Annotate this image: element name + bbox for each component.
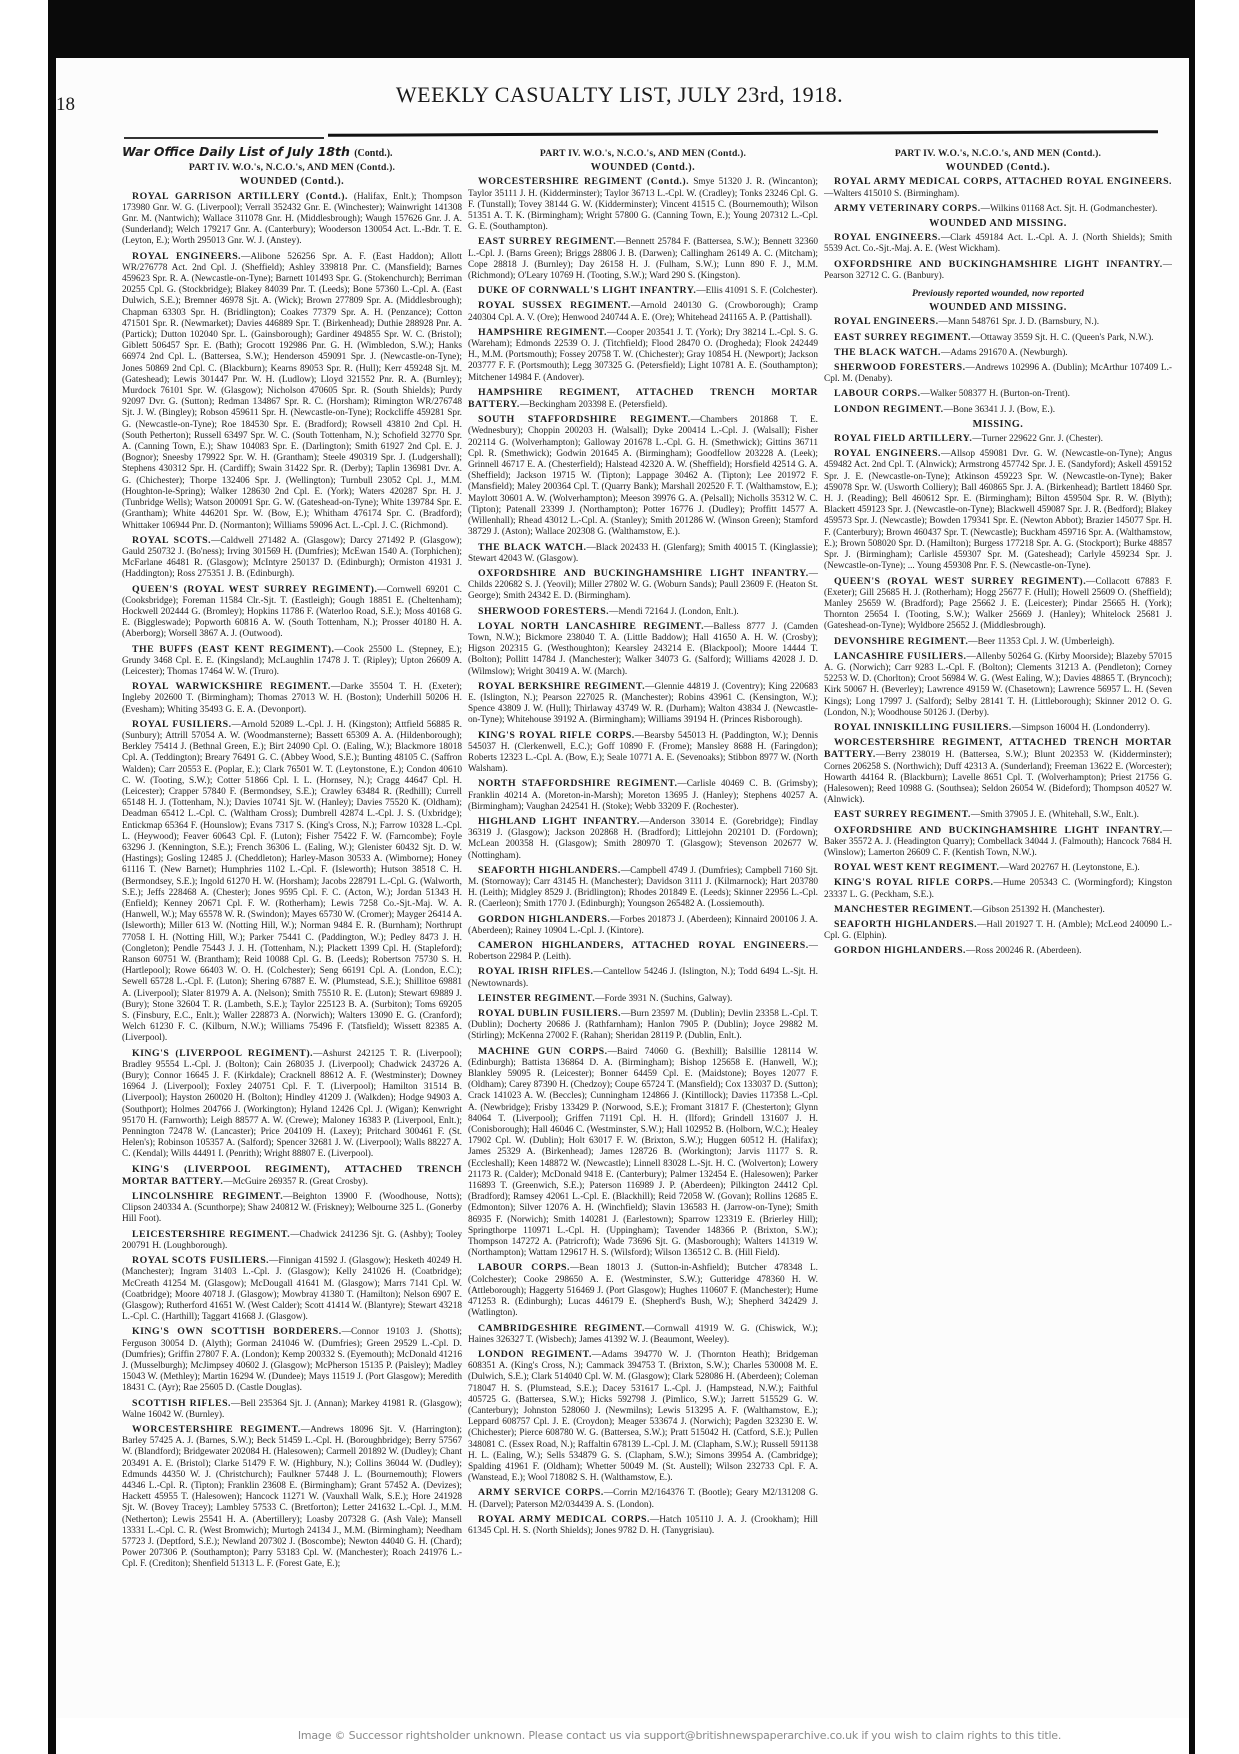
regiment-name: HAMPSHIRE REGIMENT. [478, 327, 607, 338]
regiment-name: ROYAL FUSILIERS. [132, 719, 232, 730]
regiment-name: HIGHLAND LIGHT INFANTRY. [478, 816, 640, 827]
casualty-names: —Ross 200246 R. (Aberdeen). [966, 946, 1081, 956]
casualty-entry: MANCHESTER REGIMENT.—Gibson 251392 H. (M… [824, 904, 1172, 916]
casualty-entry: ROYAL ENGINEERS.—Allsop 459081 Dvr. G. W… [824, 448, 1172, 572]
regiment-name: EAST SURREY REGIMENT. [478, 236, 616, 247]
entry-list: ROYAL FIELD ARTILLERY.—Turner 229622 Gnr… [824, 433, 1172, 958]
casualty-entry: EAST SURREY REGIMENT.—Ottaway 3559 Sjt. … [824, 332, 1172, 344]
daily-list-heading: War Office Daily List of July 18th (Cont… [122, 146, 462, 159]
casualty-entry: LINCOLNSHIRE REGIMENT.—Beighton 13900 F.… [122, 1191, 462, 1226]
casualty-entry: SEAFORTH HIGHLANDERS.—Campbell 4749 J. (… [468, 865, 818, 911]
casualty-entry: ROYAL IRISH RIFLES.—Cantellow 54246 J. (… [468, 966, 818, 989]
scan-border-left [48, 0, 56, 1754]
regiment-name: LOYAL NORTH LANCASHIRE REGIMENT. [478, 621, 704, 632]
casualty-entry: SHERWOOD FORESTERS.—Mendi 72164 J. (Lond… [468, 606, 818, 618]
regiment-name: SCOTTISH RIFLES. [132, 1398, 231, 1409]
regiment-name: LEICESTERSHIRE REGIMENT. [132, 1229, 290, 1240]
regiment-name: LABOUR CORPS. [478, 1262, 570, 1273]
scan-border-right [1189, 0, 1195, 1754]
regiment-name: LANCASHIRE FUSILIERS. [834, 651, 967, 662]
casualty-entry: ROYAL GARRISON ARTILLERY (Contd.). (Hali… [122, 191, 462, 248]
casualty-entry: THE BLACK WATCH.—Black 202433 H. (Glenfa… [468, 542, 818, 565]
casualty-entry: KING'S OWN SCOTTISH BORDERERS.—Connor 19… [122, 1326, 462, 1394]
casualty-names: —McGuire 269357 R. (Great Crosby). [223, 1177, 368, 1187]
regiment-name: THE BLACK WATCH. [834, 347, 941, 358]
regiment-name: DEVONSHIRE REGIMENT. [834, 636, 968, 647]
regiment-name: ROYAL INNISKILLING FUSILIERS. [834, 722, 1012, 733]
casualty-names: —Turner 229622 Gnr. J. (Chester). [972, 434, 1103, 444]
regiment-name: EAST SURREY REGIMENT. [834, 809, 971, 820]
regiment-name: ROYAL ENGINEERS. [834, 316, 939, 327]
regiment-name: ARMY SERVICE CORPS. [478, 1487, 604, 1498]
regiment-name: NORTH STAFFORDSHIRE REGIMENT. [478, 778, 677, 789]
regiment-name: LABOUR CORPS. [834, 388, 921, 399]
regiment-name: QUEEN'S (ROYAL WEST SURREY REGIMENT). [132, 584, 377, 595]
section-heading-missing: MISSING. [824, 419, 1172, 430]
casualty-entry: ROYAL FIELD ARTILLERY.—Turner 229622 Gnr… [824, 433, 1172, 445]
casualty-entry: QUEEN'S (ROYAL WEST SURREY REGIMENT).—Co… [824, 576, 1172, 633]
casualty-entry: OXFORDSHIRE AND BUCKINGHAMSHIRE LIGHT IN… [824, 825, 1172, 860]
regiment-name: ROYAL WARWICKSHIRE REGIMENT. [132, 681, 331, 692]
regiment-name: EAST SURREY REGIMENT. [834, 332, 971, 343]
casualty-entry: THE BLACK WATCH.—Adams 291670 A. (Newbur… [824, 347, 1172, 359]
regiment-name: ROYAL WEST KENT REGIMENT. [834, 862, 1000, 873]
casualty-names: —Beer 11353 Cpl. J. W. (Umberleigh). [968, 637, 1114, 647]
casualty-names: —Berry 238019 H. (Battersea, S.W.); Blun… [824, 750, 1172, 805]
casualty-entry: LONDON REGIMENT.—Bone 36341 J. J. (Bow, … [824, 404, 1172, 416]
column-2: PART IV. W.O.'s, N.C.O.'s, AND MEN (Cont… [468, 146, 818, 1540]
casualty-entry: ROYAL SCOTS FUSILIERS.—Finnigan 41592 J.… [122, 1255, 462, 1323]
regiment-name: QUEEN'S (ROYAL WEST SURREY REGIMENT). [834, 576, 1086, 587]
casualty-entry: OXFORDSHIRE AND BUCKINGHAMSHIRE LIGHT IN… [824, 259, 1172, 282]
casualty-entry: THE BUFFS (EAST KENT REGIMENT).—Cook 255… [122, 644, 462, 679]
daily-list-title: War Office Daily List of July 18th [122, 146, 350, 159]
regiment-name: ROYAL ARMY MEDICAL CORPS. [478, 1514, 650, 1525]
regiment-name: ARMY VETERINARY CORPS. [834, 203, 981, 214]
casualty-entry: NORTH STAFFORDSHIRE REGIMENT.—Carlisle 4… [468, 778, 818, 813]
section-heading-wounded: WOUNDED (Contd.). [824, 162, 1172, 173]
regiment-name: SOUTH STAFFORDSHIRE REGIMENT. [478, 414, 691, 425]
regiment-name: ROYAL ENGINEERS. [834, 448, 941, 459]
casualty-entry: ROYAL ENGINEERS.—Clark 459184 Act. L.-Cp… [824, 232, 1172, 255]
casualty-entry: MACHINE GUN CORPS.—Baird 74060 G. (Bexhi… [468, 1046, 818, 1260]
part-heading: PART IV. W.O.'s, N.C.O.'s, AND MEN (Cont… [824, 148, 1172, 159]
regiment-name: ROYAL SCOTS. [132, 535, 211, 546]
casualty-entry: DEVONSHIRE REGIMENT.—Beer 11353 Cpl. J. … [824, 636, 1172, 648]
regiment-name: GORDON HIGHLANDERS. [478, 914, 610, 925]
casualty-entry: SHERWOOD FORESTERS.—Andrews 102996 A. (D… [824, 362, 1172, 385]
casualty-entry: HIGHLAND LIGHT INFANTRY.—Anderson 33014 … [468, 816, 818, 862]
casualty-entry: DUKE OF CORNWALL'S LIGHT INFANTRY.—Ellis… [468, 285, 818, 297]
regiment-name: SHERWOOD FORESTERS. [478, 606, 609, 617]
part-heading: PART IV. W.O.'s, N.C.O.'s, AND MEN (Cont… [468, 148, 818, 159]
casualty-names: —Smith 37905 J. E. (Whitehall, S.W., Enl… [971, 810, 1139, 820]
entry-list: ROYAL ENGINEERS.—Mann 548761 Spr. J. D. … [824, 316, 1172, 415]
casualty-names: —Gibson 251392 H. (Manchester). [973, 905, 1105, 915]
casualty-names: —Adams 394770 W. J. (Thornton Heath); Br… [468, 1350, 818, 1483]
casualty-entry: ROYAL ENGINEERS.—Alibone 526256 Spr. A. … [122, 251, 462, 532]
casualty-entry: CAMBRIDGESHIRE REGIMENT.—Cornwall 41919 … [468, 1323, 818, 1346]
regiment-name: KING'S ROYAL RIFLE CORPS. [834, 877, 993, 888]
casualty-names: —Adams 291670 A. (Newburgh). [941, 348, 1068, 358]
casualty-entry: ROYAL DUBLIN FUSILIERS.—Burn 23597 M. (D… [468, 1008, 818, 1043]
regiment-name: LONDON REGIMENT. [478, 1349, 592, 1360]
casualty-entry: QUEEN'S (ROYAL WEST SURREY REGIMENT).—Co… [122, 584, 462, 641]
casualty-names: —Ellis 41091 S. F. (Colchester). [696, 286, 817, 296]
casualty-names: —Simpson 16004 H. (Londonderry). [1012, 723, 1150, 733]
regiment-name: WORCESTERSHIRE REGIMENT. [132, 1424, 301, 1435]
casualty-entry: ROYAL FUSILIERS.—Arnold 52089 L.-Cpl. J.… [122, 719, 462, 1045]
casualty-entry: SEAFORTH HIGHLANDERS.—Hall 201927 T. H. … [824, 919, 1172, 942]
regiment-name: ROYAL DUBLIN FUSILIERS. [478, 1008, 621, 1019]
regiment-name: CAMERON HIGHLANDERS, ATTACHED ROYAL ENGI… [478, 940, 809, 951]
casualty-names: —Alibone 526256 Spr. A. F. (East Haddon)… [122, 252, 462, 531]
section-heading-wounded: WOUNDED (Contd.). [468, 162, 818, 173]
daily-list-contd: (Contd.). [354, 148, 392, 159]
casualty-names: —Allsop 459081 Dvr. G. W. (Newcastle-on-… [824, 449, 1172, 571]
regiment-name: ROYAL IRISH RIFLES. [478, 966, 593, 977]
casualty-entry: WORCESTERSHIRE REGIMENT.—Andrews 18096 S… [122, 1424, 462, 1571]
casualty-names: —Ward 202767 H. (Leytonstone, E.). [1000, 863, 1140, 873]
part-heading: PART IV. W.O.'s, N.C.O.'s, AND MEN (Cont… [122, 162, 462, 173]
casualty-names: —Ashurst 242125 T. R. (Liverpool); Bradl… [122, 1049, 462, 1160]
regiment-name: GORDON HIGHLANDERS. [834, 945, 966, 956]
casualty-names: —Walters 415010 S. (Birmingham). [824, 189, 959, 199]
casualty-entry: SOUTH STAFFORDSHIRE REGIMENT.—Chambers 2… [468, 414, 818, 538]
regiment-name: CAMBRIDGESHIRE REGIMENT. [478, 1323, 645, 1334]
regiment-name: LEINSTER REGIMENT. [478, 993, 595, 1004]
entry-list: ROYAL GARRISON ARTILLERY (Contd.). (Hali… [122, 191, 462, 1571]
casualty-names: —Beckingham 203398 E. (Petersfield). [520, 400, 667, 410]
casualty-entry: GORDON HIGHLANDERS.—Ross 200246 R. (Aber… [824, 945, 1172, 957]
casualty-names: —Baird 74060 G. (Bexhill); Balsillie 128… [468, 1047, 818, 1259]
previously-reported-heading: Previously reported wounded, now reporte… [824, 288, 1172, 299]
casualty-entry: EAST SURREY REGIMENT.—Bennett 25784 F. (… [468, 236, 818, 282]
regiment-name: SEAFORTH HIGHLANDERS. [834, 919, 977, 930]
regiment-name: ROYAL ARMY MEDICAL CORPS, ATTACHED ROYAL… [834, 176, 1172, 187]
casualty-entry: LEICESTERSHIRE REGIMENT.—Chadwick 241236… [122, 1229, 462, 1252]
regiment-name: OXFORDSHIRE AND BUCKINGHAMSHIRE LIGHT IN… [478, 568, 809, 579]
regiment-name: KING'S OWN SCOTTISH BORDERERS. [132, 1326, 342, 1337]
casualty-entry: SCOTTISH RIFLES.—Bell 235364 Sjt. J. (An… [122, 1398, 462, 1421]
casualty-entry: CAMERON HIGHLANDERS, ATTACHED ROYAL ENGI… [468, 940, 818, 963]
scan-border-top [48, 0, 1193, 58]
regiment-name: DUKE OF CORNWALL'S LIGHT INFANTRY. [478, 285, 696, 296]
regiment-name: SHERWOOD FORESTERS. [834, 362, 966, 373]
casualty-entry: ROYAL ENGINEERS.—Mann 548761 Spr. J. D. … [824, 316, 1172, 328]
regiment-name: ROYAL SCOTS FUSILIERS. [132, 1255, 269, 1266]
regiment-name: OXFORDSHIRE AND BUCKINGHAMSHIRE LIGHT IN… [834, 259, 1163, 270]
regiment-name: THE BLACK WATCH. [478, 542, 586, 553]
casualty-entry: ARMY SERVICE CORPS.—Corrin M2/164376 T. … [468, 1487, 818, 1510]
casualty-entry: HAMPSHIRE REGIMENT.—Cooper 203541 J. T. … [468, 327, 818, 384]
casualty-entry: ROYAL SCOTS.—Caldwell 271482 A. (Glasgow… [122, 535, 462, 581]
casualty-names: —Bone 36341 J. J. (Bow, E.). [944, 405, 1055, 415]
casualty-entry: ROYAL INNISKILLING FUSILIERS.—Simpson 16… [824, 722, 1172, 734]
section-heading-wounded: WOUNDED (Contd.). [122, 176, 462, 187]
regiment-name: THE BUFFS (EAST KENT REGIMENT). [132, 644, 335, 655]
casualty-entry: LOYAL NORTH LANCASHIRE REGIMENT.—Balless… [468, 621, 818, 678]
entry-list: ROYAL ARMY MEDICAL CORPS, ATTACHED ROYAL… [824, 176, 1172, 215]
casualty-entry: LABOUR CORPS.—Bean 18013 J. (Sutton-in-A… [468, 1262, 818, 1319]
regiment-name: ROYAL BERKSHIRE REGIMENT. [478, 681, 645, 692]
regiment-name: KING'S (LIVERPOOL REGIMENT). [132, 1048, 313, 1059]
casualty-entry: ARMY VETERINARY CORPS.—Wilkins 01168 Act… [824, 203, 1172, 215]
casualty-names: —Walker 508377 H. (Burton-on-Trent). [921, 389, 1070, 399]
entry-list: WORCESTERSHIRE REGIMENT (Contd.). Smye 5… [468, 176, 818, 1537]
casualty-entry: ROYAL WARWICKSHIRE REGIMENT.—Darke 35504… [122, 681, 462, 716]
casualty-entry: ROYAL SUSSEX REGIMENT.—Arnold 240130 G. … [468, 300, 818, 323]
regiment-name: SEAFORTH HIGHLANDERS. [478, 865, 621, 876]
casualty-entry: LONDON REGIMENT.—Adams 394770 W. J. (Tho… [468, 1349, 818, 1484]
header-rule-thin [124, 137, 324, 139]
regiment-name: ROYAL GARRISON ARTILLERY (Contd.). [132, 191, 348, 202]
casualty-entry: HAMPSHIRE REGIMENT, ATTACHED TRENCH MORT… [468, 387, 818, 411]
casualty-entry: GORDON HIGHLANDERS.—Forbes 201873 J. (Ab… [468, 914, 818, 937]
casualty-entry: WORCESTERSHIRE REGIMENT (Contd.). Smye 5… [468, 176, 818, 233]
casualty-names: —Andrews 18096 Sjt. V. (Harrington); Bar… [122, 1425, 462, 1569]
casualty-entry: KING'S (LIVERPOOL REGIMENT).—Ashurst 242… [122, 1048, 462, 1161]
column-3: PART IV. W.O.'s, N.C.O.'s, AND MEN (Cont… [824, 146, 1172, 961]
casualty-entry: EAST SURREY REGIMENT.—Smith 37905 J. E. … [824, 809, 1172, 821]
casualty-names: —Forde 3931 N. (Suchins, Galway). [595, 994, 732, 1004]
casualty-entry: OXFORDSHIRE AND BUCKINGHAMSHIRE LIGHT IN… [468, 568, 818, 603]
casualty-entry: ROYAL ARMY MEDICAL CORPS.—Hatch 105110 J… [468, 1514, 818, 1537]
casualty-entry: ROYAL BERKSHIRE REGIMENT.—Glennie 44819 … [468, 681, 818, 727]
regiment-name: ROYAL ENGINEERS. [834, 232, 941, 243]
masthead-title: WEEKLY CASUALTY LIST, JULY 23rd, 1918. [0, 82, 1239, 108]
casualty-names: —Wilkins 01168 Act. Sjt. H. (Godmanchest… [981, 204, 1158, 214]
casualty-names: —Arnold 52089 L.-Cpl. J. H. (Kingston); … [122, 720, 462, 1044]
casualty-names: —Chambers 201868 T. E. (Wednesbury); Cho… [468, 415, 818, 537]
regiment-name: ROYAL ENGINEERS. [132, 251, 241, 262]
casualty-names: —Mendi 72164 J. (London, Enlt.). [609, 607, 739, 617]
casualty-entry: WORCESTERSHIRE REGIMENT, ATTACHED TRENCH… [824, 737, 1172, 806]
regiment-name: MANCHESTER REGIMENT. [834, 904, 973, 915]
regiment-name: OXFORDSHIRE AND BUCKINGHAMSHIRE LIGHT IN… [834, 825, 1163, 836]
casualty-entry: LEINSTER REGIMENT.—Forde 3931 N. (Suchin… [468, 993, 818, 1005]
casualty-entry: ROYAL ARMY MEDICAL CORPS, ATTACHED ROYAL… [824, 176, 1172, 199]
copyright-footer: Image © Successor rightsholder unknown. … [0, 1729, 1239, 1742]
column-1: War Office Daily List of July 18th (Cont… [122, 146, 462, 1574]
casualty-names: —Ottaway 3559 Sjt. H. C. (Queen's Park, … [971, 333, 1154, 343]
regiment-name: ROYAL FIELD ARTILLERY. [834, 433, 972, 444]
section-heading-wounded-missing: WOUNDED AND MISSING. [824, 218, 1172, 229]
section-heading-prev-wounded-missing: WOUNDED AND MISSING. [824, 302, 1172, 313]
casualty-entry: KING'S ROYAL RIFLE CORPS.—Bearsby 545013… [468, 730, 818, 776]
regiment-name: LINCOLNSHIRE REGIMENT. [132, 1191, 283, 1202]
casualty-entry: ROYAL WEST KENT REGIMENT.—Ward 202767 H.… [824, 862, 1172, 874]
casualty-names: —Mann 548761 Spr. J. D. (Barnsbury, N.). [939, 317, 1100, 327]
casualty-entry: LABOUR CORPS.—Walker 508377 H. (Burton-o… [824, 388, 1172, 400]
regiment-name: KING'S ROYAL RIFLE CORPS. [478, 730, 635, 741]
regiment-name: MACHINE GUN CORPS. [478, 1046, 608, 1057]
casualty-entry: KING'S (LIVERPOOL REGIMENT), ATTACHED TR… [122, 1164, 462, 1188]
regiment-name: WORCESTERSHIRE REGIMENT (Contd.). [478, 176, 689, 187]
regiment-name: LONDON REGIMENT. [834, 404, 944, 415]
casualty-entry: KING'S ROYAL RIFLE CORPS.—Hume 205343 C.… [824, 877, 1172, 900]
casualty-entry: LANCASHIRE FUSILIERS.—Allenby 50264 G. (… [824, 651, 1172, 719]
regiment-name: ROYAL SUSSEX REGIMENT. [478, 300, 631, 311]
entry-list: ROYAL ENGINEERS.—Clark 459184 Act. L.-Cp… [824, 232, 1172, 282]
